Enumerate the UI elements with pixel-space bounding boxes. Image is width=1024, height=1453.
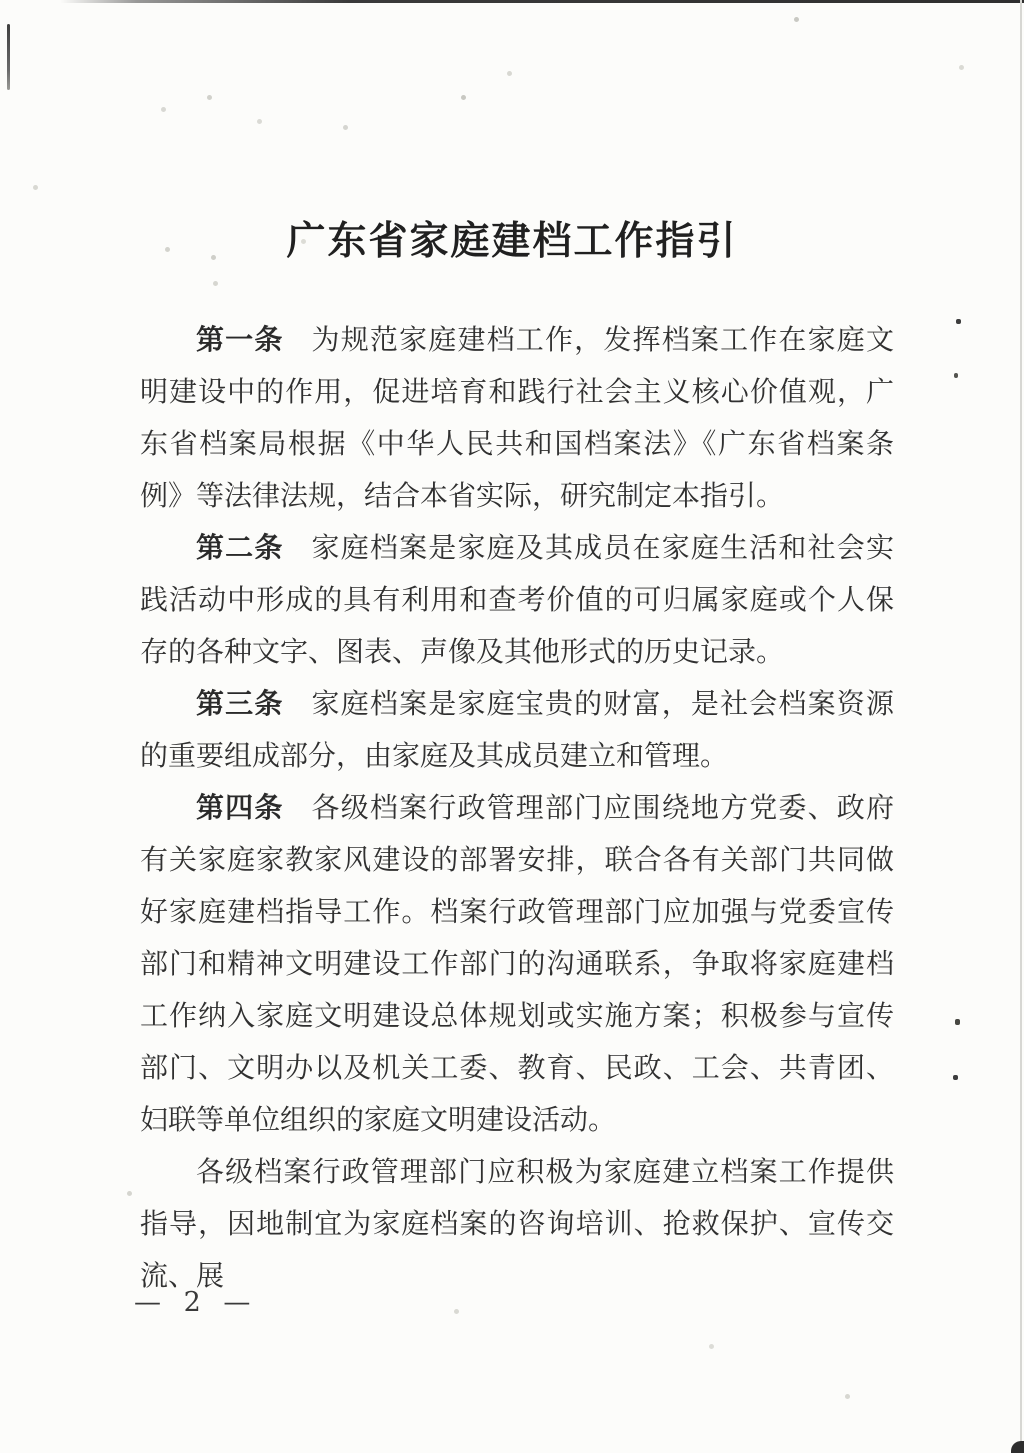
scan-speck <box>953 1075 958 1080</box>
scan-noise <box>0 0 3 3</box>
document-title: 广东省家庭建档工作指引 <box>0 210 1024 266</box>
continuation-paragraph: 各级档案行政管理部门应积极为家庭建立档案工作提供指导，因地制宜为家庭档案的咨询培… <box>140 1146 894 1302</box>
article-1-label: 第一条 <box>196 323 284 356</box>
article-4-text: 各级档案行政管理部门应围绕地方党委、政府有关家庭家教家风建设的部署安排，联合各有… <box>140 791 894 1136</box>
scanned-document-page: 广东省家庭建档工作指引 第一条为规范家庭建档工作，发挥档案工作在家庭文明建设中的… <box>0 0 1024 1453</box>
scan-speck <box>956 319 961 324</box>
article-paragraph-2: 第二条家庭档案是家庭及其成员在家庭生活和社会实践活动中形成的具有利用和查考价值的… <box>140 522 894 678</box>
scan-corner-artifact <box>1011 1441 1024 1453</box>
scan-speck <box>954 373 958 378</box>
article-4-label: 第四条 <box>196 791 284 824</box>
article-paragraph-1: 第一条为规范家庭建档工作，发挥档案工作在家庭文明建设中的作用，促进培育和践行社会… <box>140 314 894 522</box>
article-paragraph-3: 第三条家庭档案是家庭宝贵的财富，是社会档案资源的重要组成部分，由家庭及其成员建立… <box>140 678 894 782</box>
article-2-label: 第二条 <box>196 531 284 564</box>
document-body: 第一条为规范家庭建档工作，发挥档案工作在家庭文明建设中的作用，促进培育和践行社会… <box>140 314 894 1302</box>
continuation-text: 各级档案行政管理部门应积极为家庭建立档案工作提供指导，因地制宜为家庭档案的咨询培… <box>140 1155 894 1292</box>
scan-top-edge-artifact <box>60 0 1024 3</box>
scan-left-line-artifact <box>7 24 10 90</box>
article-paragraph-4: 第四条各级档案行政管理部门应围绕地方党委、政府有关家庭家教家风建设的部署安排，联… <box>140 782 894 1146</box>
article-3-label: 第三条 <box>196 687 284 720</box>
scan-speck <box>955 1019 960 1025</box>
page-number: — 2 — <box>134 1287 257 1318</box>
